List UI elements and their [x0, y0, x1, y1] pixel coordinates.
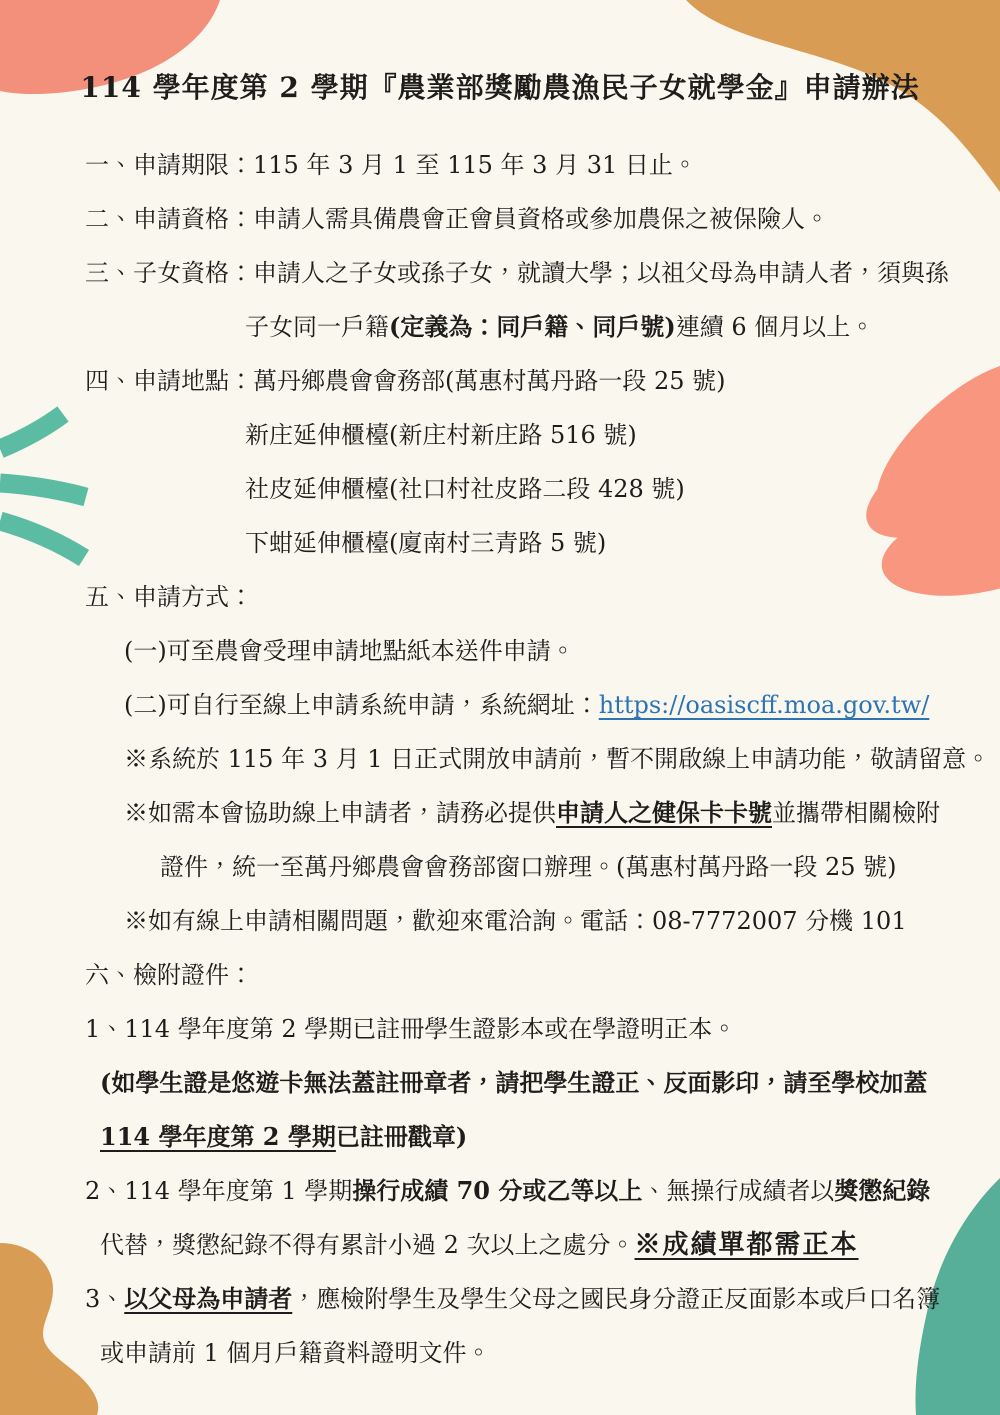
- text-run: 代替，獎懲紀錄不得有累計小過 2 次以上之處分。: [100, 1231, 635, 1259]
- document-content: 114 學年度第 2 學期『農業部獎勵農漁民子女就學金』申請辦法 一、申請期限：…: [0, 0, 1000, 1415]
- text-run: 下蚶延伸櫃檯(廈南村三青路 5 號): [245, 529, 606, 557]
- text-run: 、無操行成績者以: [642, 1177, 834, 1205]
- text-run: ※成績單都需正本: [635, 1230, 859, 1260]
- text-run: ，應檢附學生及學生父母之國民身分證正反面影本或戶口名簿: [292, 1285, 940, 1313]
- document-line: 代替，獎懲紀錄不得有累計小過 2 次以上之處分。※成績單都需正本: [100, 1218, 1000, 1272]
- document-line: 下蚶延伸櫃檯(廈南村三青路 5 號): [245, 516, 1000, 570]
- document-line: 子女同一戶籍(定義為：同戶籍、同戶號)連續 6 個月以上。: [245, 300, 1000, 354]
- text-run: 三、子女資格：申請人之子女或孫子女，就讀大學；以祖父母為申請人者，須與孫: [85, 259, 949, 287]
- text-run: 操行成績 70 分或乙等以上: [352, 1176, 642, 1205]
- document-line: 五、申請方式：: [85, 570, 1000, 624]
- system-url-link[interactable]: https://oasiscff.moa.gov.tw/: [599, 691, 930, 719]
- text-run: ※如有線上申請相關問題，歡迎來電洽詢。電話：08-7772007 分機 101: [124, 907, 907, 935]
- document-line: 社皮延伸櫃檯(社口村社皮路二段 428 號): [245, 462, 1000, 516]
- text-run: 證件，統一至萬丹鄉農會會務部窗口辦理。(萬惠村萬丹路一段 25 號): [160, 853, 897, 881]
- text-run: ※系統於 115 年 3 月 1 日正式開放申請前，暫不開啟線上申請功能，敬請留…: [124, 745, 990, 773]
- text-run: (二)可自行至線上申請系統申請，系統網址：: [124, 691, 599, 719]
- text-run: 六、檢附證件：: [85, 961, 253, 989]
- document-line: 114 學年度第 2 學期已註冊戳章): [100, 1110, 1000, 1164]
- text-run: 子女同一戶籍: [245, 313, 389, 341]
- document-line: (一)可至農會受理申請地點紙本送件申請。: [124, 624, 1000, 678]
- document-line: (二)可自行至線上申請系統申請，系統網址：https://oasiscff.mo…: [124, 678, 1000, 732]
- document-line: 或申請前 1 個月戶籍資料證明文件。: [100, 1326, 1000, 1380]
- document-line: 新庄延伸櫃檯(新庄村新庄路 516 號): [245, 408, 1000, 462]
- document-line: ※如需本會協助線上申請者，請務必提供申請人之健保卡卡號並攜帶相關檢附: [124, 786, 1000, 840]
- document-body: 一、申請期限：115 年 3 月 1 至 115 年 3 月 31 日止。二、申…: [0, 138, 1000, 1380]
- text-run: 已註冊戳章): [336, 1122, 467, 1151]
- text-run: 114 學年度第 2 學期: [100, 1122, 336, 1151]
- text-run: 以父母為申請者: [124, 1284, 292, 1313]
- text-run: (定義為：同戶籍、同戶號): [389, 312, 676, 341]
- text-run: 連續 6 個月以上。: [676, 313, 875, 341]
- document-line: 一、申請期限：115 年 3 月 1 至 115 年 3 月 31 日止。: [85, 138, 1000, 192]
- document-line: ※如有線上申請相關問題，歡迎來電洽詢。電話：08-7772007 分機 101: [124, 894, 1000, 948]
- document-line: 二、申請資格：申請人需具備農會正會員資格或參加農保之被保險人。: [85, 192, 1000, 246]
- text-run: 新庄延伸櫃檯(新庄村新庄路 516 號): [245, 421, 637, 449]
- text-run: 2、114 學年度第 1 學期: [85, 1177, 352, 1205]
- text-run: 並攜帶相關檢附: [772, 799, 940, 827]
- text-run: 或申請前 1 個月戶籍資料證明文件。: [100, 1339, 491, 1367]
- document-line: 證件，統一至萬丹鄉農會會務部窗口辦理。(萬惠村萬丹路一段 25 號): [160, 840, 1000, 894]
- text-run: 一、申請期限：115 年 3 月 1 至 115 年 3 月 31 日止。: [85, 151, 697, 179]
- text-run: (一)可至農會受理申請地點紙本送件申請。: [124, 637, 575, 665]
- text-run: 二、申請資格：申請人需具備農會正會員資格或參加農保之被保險人。: [85, 205, 829, 233]
- text-run: 申請人之健保卡卡號: [556, 798, 772, 827]
- document-line: ※系統於 115 年 3 月 1 日正式開放申請前，暫不開啟線上申請功能，敬請留…: [124, 732, 1000, 786]
- text-run: ※如需本會協助線上申請者，請務必提供: [124, 799, 556, 827]
- document-line: 六、檢附證件：: [85, 948, 1000, 1002]
- page-title: 114 學年度第 2 學期『農業部獎勵農漁民子女就學金』申請辦法: [0, 66, 1000, 106]
- text-run: 3、: [85, 1285, 124, 1313]
- document-line: 3、以父母為申請者，應檢附學生及學生父母之國民身分證正反面影本或戶口名簿: [85, 1272, 1000, 1326]
- text-run: (如學生證是悠遊卡無法蓋註冊章者，請把學生證正、反面影印，請至學校加蓋: [100, 1068, 927, 1097]
- document-line: (如學生證是悠遊卡無法蓋註冊章者，請把學生證正、反面影印，請至學校加蓋: [100, 1056, 1000, 1110]
- text-run: 社皮延伸櫃檯(社口村社皮路二段 428 號): [245, 475, 685, 503]
- document-line: 1、114 學年度第 2 學期已註冊學生證影本或在學證明正本。: [85, 1002, 1000, 1056]
- text-run: 1、114 學年度第 2 學期已註冊學生證影本或在學證明正本。: [85, 1015, 736, 1043]
- text-run: 五、申請方式：: [85, 583, 253, 611]
- document-line: 三、子女資格：申請人之子女或孫子女，就讀大學；以祖父母為申請人者，須與孫: [85, 246, 1000, 300]
- document-page: 114 學年度第 2 學期『農業部獎勵農漁民子女就學金』申請辦法 一、申請期限：…: [0, 0, 1000, 1415]
- document-line: 2、114 學年度第 1 學期操行成績 70 分或乙等以上、無操行成績者以獎懲紀…: [85, 1164, 1000, 1218]
- text-run: 獎懲紀錄: [834, 1176, 930, 1205]
- document-line: 四、申請地點：萬丹鄉農會會務部(萬惠村萬丹路一段 25 號): [85, 354, 1000, 408]
- text-run: 四、申請地點：萬丹鄉農會會務部(萬惠村萬丹路一段 25 號): [85, 367, 726, 395]
